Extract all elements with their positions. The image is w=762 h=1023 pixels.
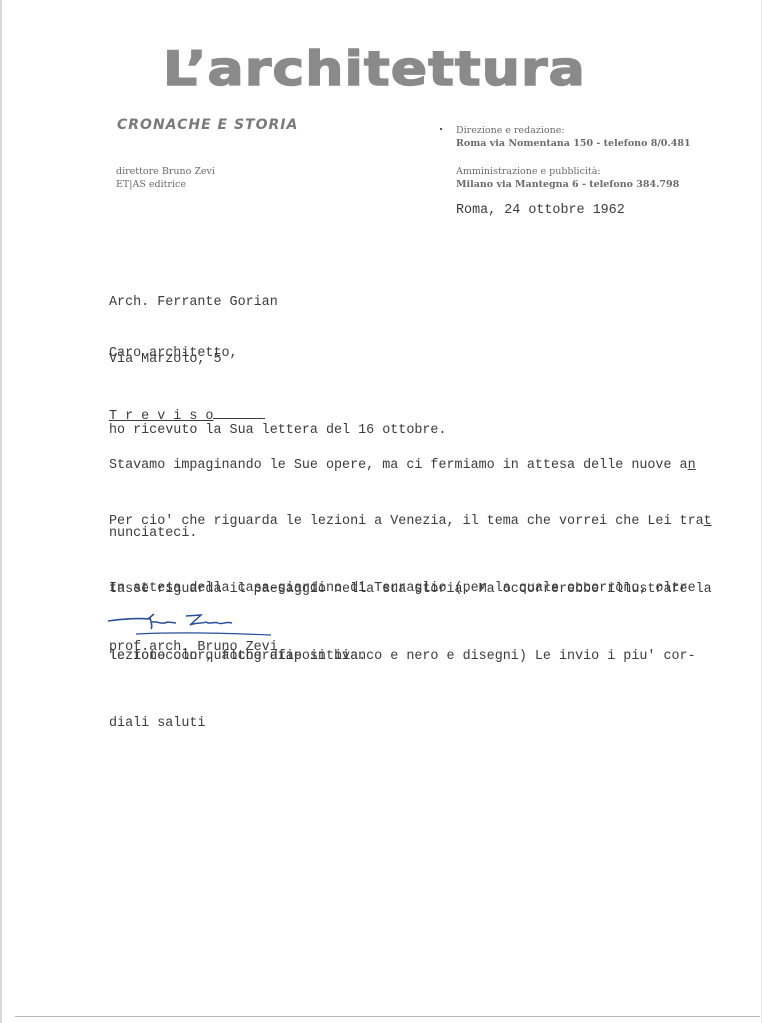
handwritten-signature: [106, 610, 276, 640]
admin-label: Amministrazione e pubblicità:: [456, 165, 691, 178]
recipient-name: Arch. Ferrante Gorian: [109, 293, 278, 312]
paragraph-line: In attesa della casa-giardino di Terragl…: [109, 578, 696, 601]
director-line: direttore Bruno Zevi: [116, 165, 215, 178]
signatory-name: prof.arch. Bruno Zevi: [109, 640, 278, 655]
letter-date: Roma, 24 ottobre 1962: [456, 203, 625, 218]
paragraph-line: diali saluti: [109, 713, 696, 736]
office-addresses: Direzione e redazione: Roma via Nomentan…: [456, 124, 691, 191]
page-edge: [0, 0, 2, 1023]
salutation: Caro architetto,: [109, 343, 238, 366]
bullet-dot: [440, 128, 442, 130]
direction-address: Roma via Nomentana 150 - telefono 8/0.48…: [456, 137, 691, 150]
direction-label: Direzione e redazione:: [456, 124, 691, 137]
masthead-subtitle: CRONACHE E STORIA: [117, 117, 298, 133]
page-edge: [15, 1016, 760, 1017]
masthead-title: L’architettura: [163, 40, 586, 100]
paragraph-line: Per cio' che riguarda le lezioni a Venez…: [109, 511, 712, 534]
publisher-line: ET|AS editrice: [116, 178, 186, 191]
admin-address: Milano via Mantegna 6 - telefono 384.798: [456, 178, 691, 191]
